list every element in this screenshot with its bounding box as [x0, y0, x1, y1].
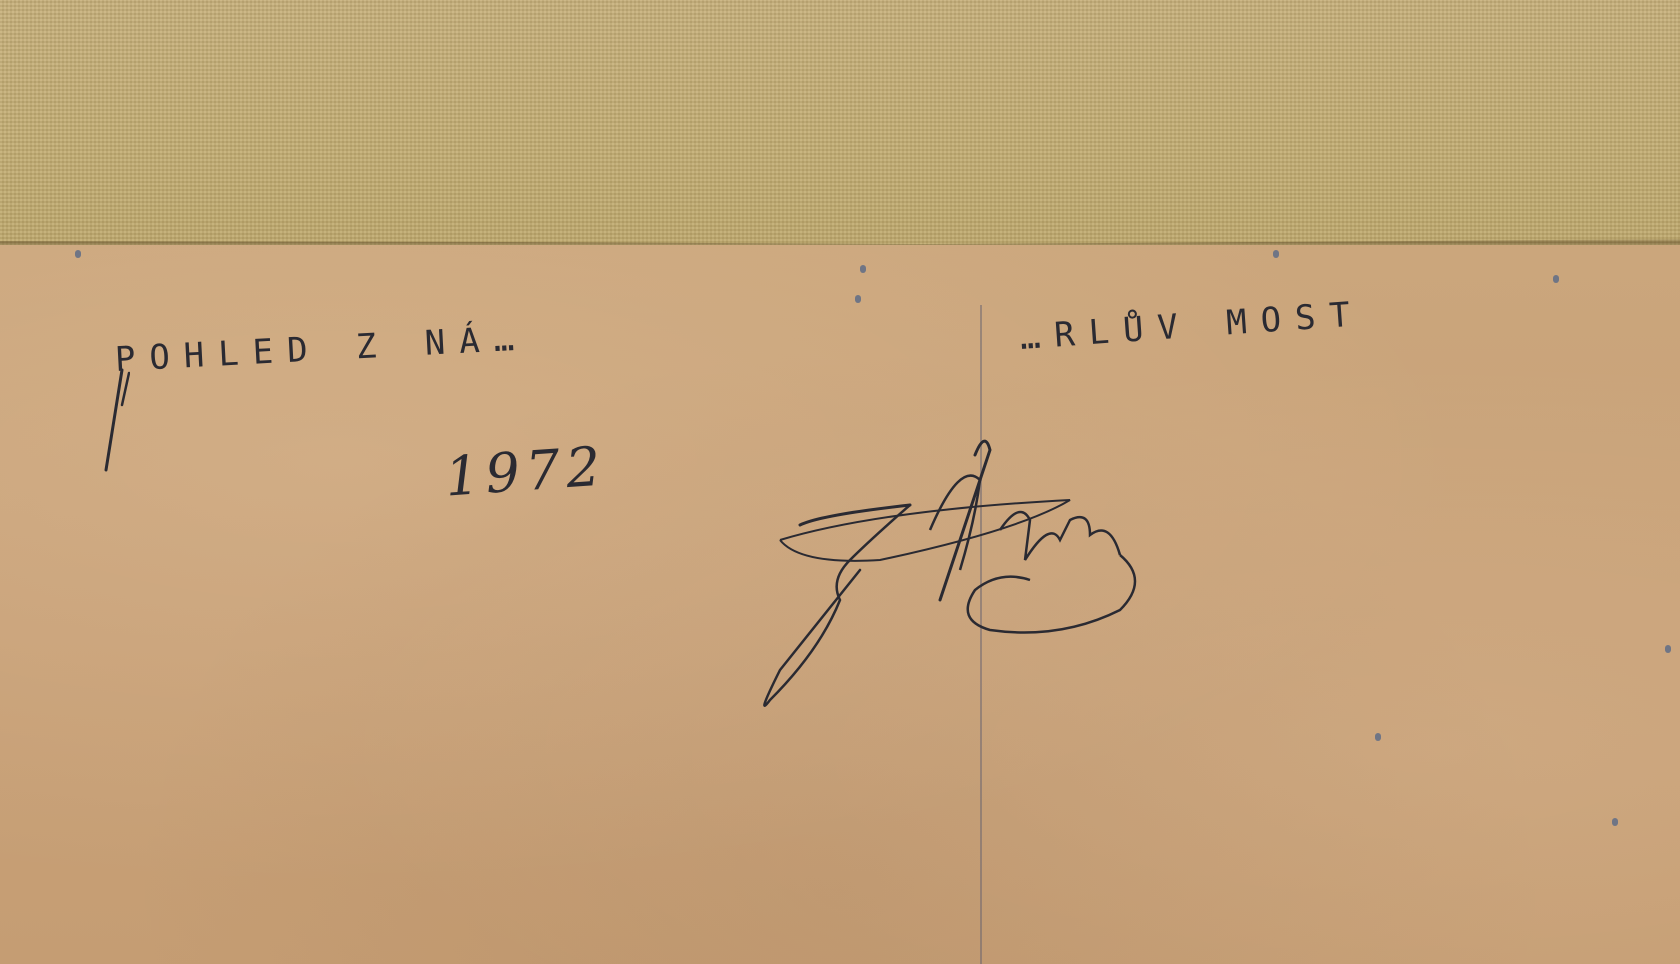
quote-mark	[100, 365, 130, 475]
staple	[1273, 250, 1279, 258]
staple	[855, 295, 861, 303]
staple	[75, 250, 81, 258]
staple	[1612, 818, 1618, 826]
staple	[1375, 733, 1381, 741]
staple	[860, 265, 866, 273]
staple	[1553, 275, 1559, 283]
fabric-tape	[0, 0, 1680, 245]
signature	[760, 420, 1220, 720]
staple	[1665, 645, 1671, 653]
inscription-year: 1972	[443, 434, 608, 508]
